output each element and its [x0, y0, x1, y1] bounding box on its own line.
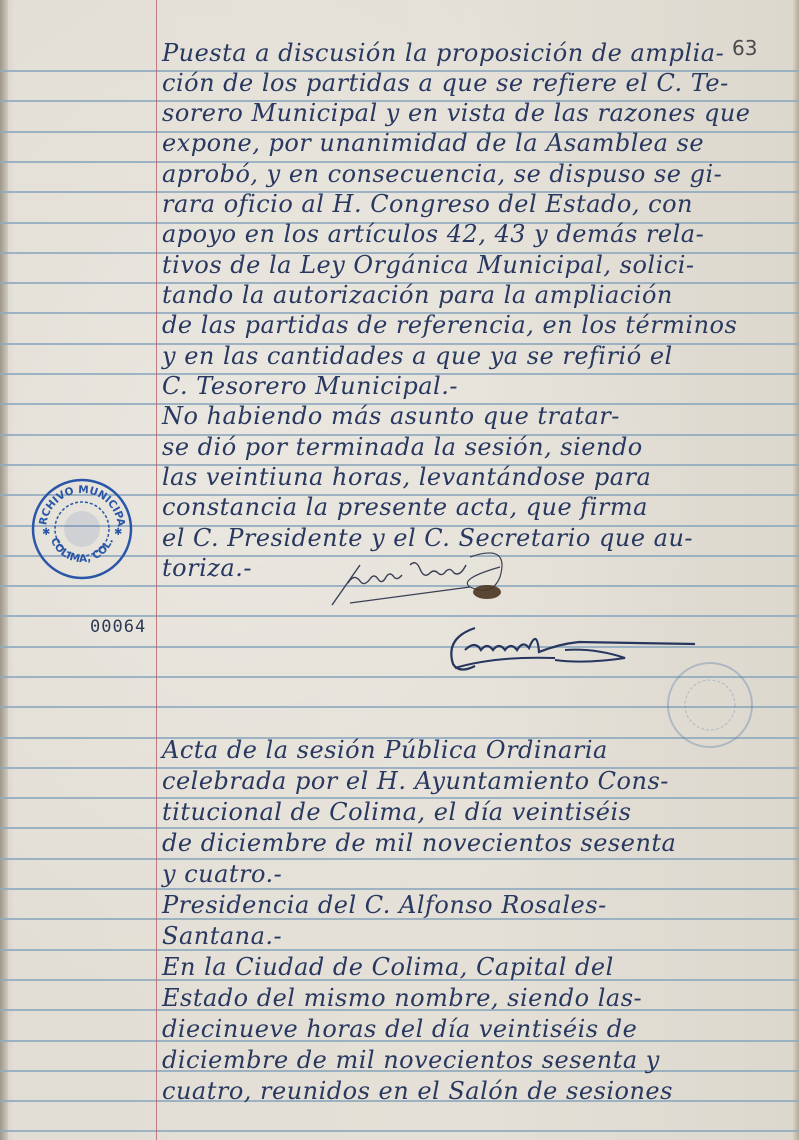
page-edge: [793, 0, 799, 1140]
handwritten-line: rara oficio al H. Congreso del Estado, c…: [162, 189, 693, 219]
handwritten-line: Presidencia del C. Alfonso Rosales-: [162, 890, 607, 920]
ledger-page: 63 Puesta a discusión la proposición de …: [0, 0, 799, 1140]
handwritten-line: Santana.-: [162, 921, 282, 951]
handwritten-line: En la Ciudad de Colima, Capital del: [162, 952, 614, 982]
handwritten-line: titucional de Colima, el día veintiséis: [162, 797, 631, 827]
ruled-line: [0, 949, 799, 951]
star-icon: ✱: [42, 527, 50, 538]
handwritten-line: Puesta a discusión la proposición de amp…: [162, 38, 724, 68]
faint-stamp-impression: [665, 660, 755, 750]
handwritten-line: se dió por terminada la sesión, siendo: [162, 432, 643, 462]
handwritten-line: expone, por unanimidad de la Asamblea se: [162, 128, 704, 158]
handwritten-line: y cuatro.-: [162, 859, 282, 889]
handwritten-line: Estado del mismo nombre, siendo las-: [162, 983, 642, 1013]
handwritten-line: diecinueve horas del día veintiséis de: [162, 1014, 637, 1044]
handwritten-line: celebrada por el H. Ayuntamiento Cons-: [162, 766, 669, 796]
handwritten-line: Acta de la sesión Pública Ordinaria: [162, 735, 608, 765]
signature-president: Alfonso Rosales: [320, 545, 550, 615]
handwritten-line: de diciembre de mil novecientos sesenta: [162, 828, 676, 858]
ruled-line: [0, 1130, 799, 1132]
handwritten-line: tivos de la Ley Orgánica Municipal, soli…: [162, 250, 694, 280]
page-number: 63: [732, 36, 757, 60]
handwritten-line: tando la autorización para la ampliación: [162, 280, 673, 310]
handwritten-line: diciembre de mil novecientos sesenta y: [162, 1045, 660, 1075]
red-margin-line: [156, 0, 157, 1140]
handwritten-line: aprobó, y en consecuencia, se dispuso se…: [162, 159, 722, 189]
folio-number: 00064: [90, 617, 146, 637]
handwritten-line: constancia la presente acta, que firma: [162, 492, 648, 522]
ruled-line: [0, 858, 799, 860]
handwritten-line: ción de los partidas a que se refiere el…: [162, 68, 729, 98]
handwritten-line: C. Tesorero Municipal.-: [162, 371, 458, 401]
handwritten-line: sorero Municipal y en vista de las razon…: [162, 98, 751, 128]
handwritten-line: cuatro, reunidos en el Salón de sesiones: [162, 1076, 673, 1106]
star-icon: ✱: [114, 527, 122, 538]
archivo-municipal-stamp: ARCHIVO MUNICIPAL COLIMA, COL. ✱ ✱: [30, 477, 134, 581]
book-binding-edge: [0, 0, 8, 1140]
handwritten-line: y en las cantidades a que ya se refirió …: [162, 341, 673, 371]
handwritten-line: No habiendo más asunto que tratar-: [162, 401, 620, 431]
handwritten-line: las veintiuna horas, levantándose para: [162, 462, 651, 492]
handwritten-line: apoyo en los artículos 42, 43 y demás re…: [162, 219, 704, 249]
handwritten-line: toriza.-: [162, 553, 252, 583]
handwritten-line: de las partidas de referencia, en los té…: [162, 310, 737, 340]
